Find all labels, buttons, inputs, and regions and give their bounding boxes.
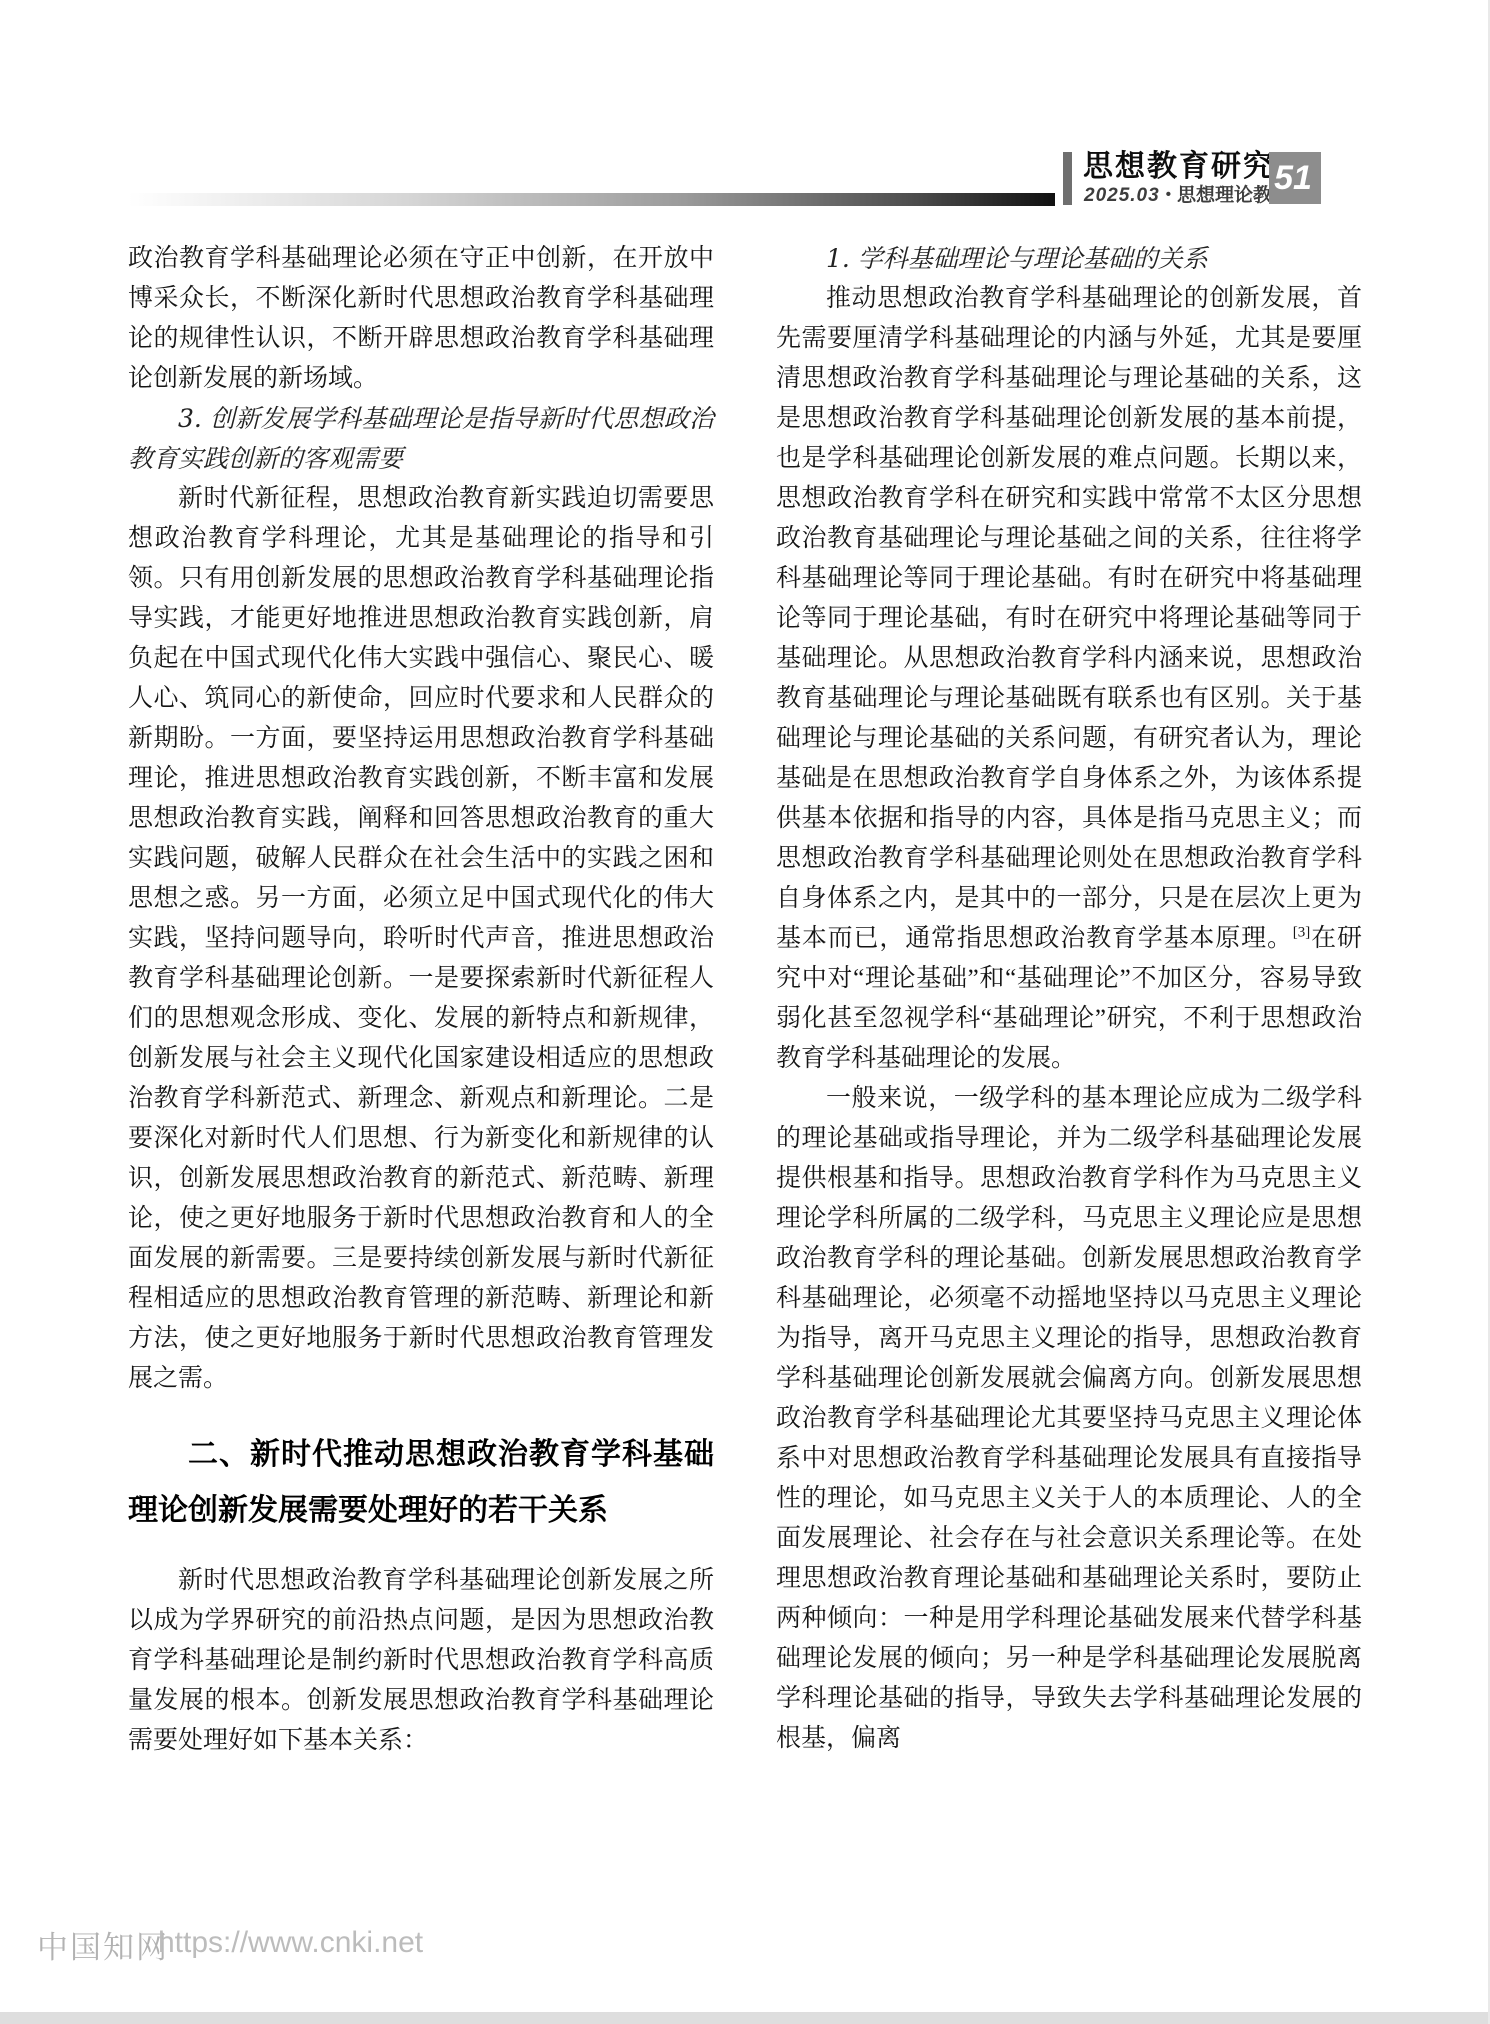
cnki-watermark-text: 中国知网 [37,1922,169,1967]
paragraph-new-era: 新时代新征程，思想政治教育新实践迫切需要思想政治教育学科理论，尤其是基础理论的指… [128,479,714,1399]
scan-bottom-strip [0,2012,1490,2024]
header-gradient-rule [128,193,1055,206]
dot-separator: • [1166,186,1171,203]
page-number-box: 51 [1269,152,1321,204]
left-column: 政治教育学科基础理论必须在守正中创新，在开放中博采众长，不断深化新时代思想政治教… [128,239,714,1761]
paragraph-reason: 新时代思想政治教育学科基础理论创新发展之所以成为学界研究的前沿热点问题，是因为思… [128,1561,714,1761]
page-number: 51 [1274,159,1316,198]
paragraph-relation: 推动思想政治教育学科基础理论的创新发展，首先需要厘清学科基础理论的内涵与外延，尤… [776,279,1362,1079]
cnki-watermark-url: https://www.cnki.net [158,1926,423,1960]
journal-title: 思想教育研究 [1083,149,1275,185]
citation-ref-3: [3] [1293,925,1311,941]
right-column: 1. 学科基础理论与理论基础的关系 推动思想政治教育学科基础理论的创新发展，首先… [776,239,1362,1759]
subsection-heading-1: 1. 学科基础理论与理论基础的关系 [776,239,1362,279]
paragraph-general: 一般来说，一级学科的基本理论应成为二级学科的理论基础或指导理论，并为二级学科基础… [776,1079,1362,1759]
section-heading-two: 二、新时代推动思想政治教育学科基础理论创新发展需要处理好的若干关系 [128,1427,714,1539]
subsection-heading-3: 3. 创新发展学科基础理论是指导新时代思想政治教育实践创新的客观需要 [128,399,714,479]
journal-page: 思想教育研究 2025.03•思想理论教育 51 政治教育学科基础理论必须在守正… [0,0,1490,2024]
issue-number: 2025.03 [1084,185,1160,206]
paragraph-continuation: 政治教育学科基础理论必须在守正中创新，在开放中博采众长，不断深化新时代思想政治教… [128,239,714,399]
masthead-vertical-bar [1063,152,1072,205]
journal-issue-line: 2025.03•思想理论教育 [1084,184,1291,207]
paragraph-relation-text: 推动思想政治教育学科基础理论的创新发展，首先需要厘清学科基础理论的内涵与外延，尤… [776,285,1362,952]
